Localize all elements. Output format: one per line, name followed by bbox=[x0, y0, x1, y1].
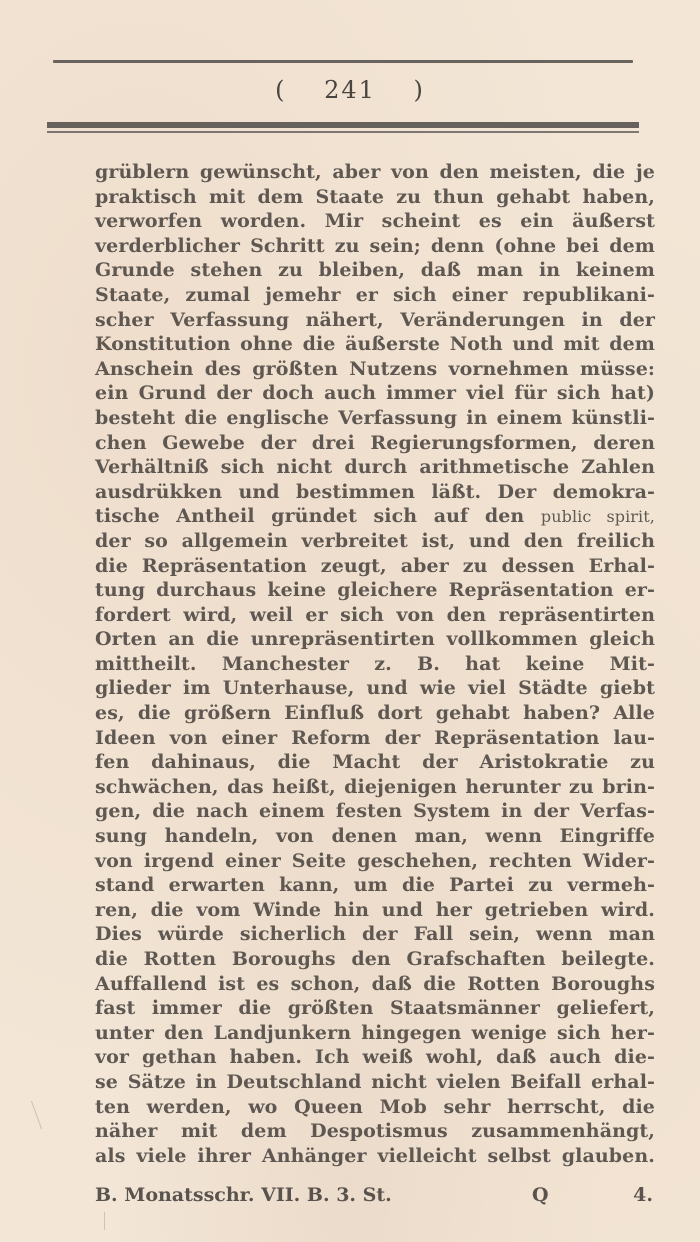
signature-mark: Q bbox=[532, 1184, 549, 1206]
text-line: stand erwarten kann, um die Partei zu ve… bbox=[95, 873, 655, 898]
text-line: tung durchaus keine gleichere Repräsenta… bbox=[95, 578, 655, 603]
text-line: besteht die englische Verfassung in eine… bbox=[95, 406, 655, 431]
text-line: es, die größern Einfluß dort gehabt habe… bbox=[95, 701, 655, 726]
text-line: vor gethan haben. Ich weiß wohl, daß auc… bbox=[95, 1045, 655, 1070]
page-footer: B. Monatsschr. VII. B. 3. St. Q 4. bbox=[95, 1184, 655, 1210]
text-line: tische Antheil gründet sich auf den publ… bbox=[95, 504, 655, 529]
page-number-open-paren: ( bbox=[275, 76, 286, 104]
text-line: ren, die vom Winde hin und her getrieben… bbox=[95, 898, 655, 923]
text-line: Orten an die unrepräsentirten vollkommen… bbox=[95, 627, 655, 652]
text-line: praktisch mit dem Staate zu thun gehabt … bbox=[95, 185, 655, 210]
margin-mark bbox=[31, 1101, 42, 1130]
text-segment: tische Antheil gründet sich auf den bbox=[95, 505, 541, 527]
text-line: Staate, zumal jemehr er sich einer repub… bbox=[95, 283, 655, 308]
text-line: Konstitution ohne die äußerste Noth und … bbox=[95, 332, 655, 357]
text-line: ausdrükken und bestimmen läßt. Der demok… bbox=[95, 480, 655, 505]
page-number: ( 241 ) bbox=[0, 76, 700, 104]
text-line: unter den Landjunkern hingegen wenige si… bbox=[95, 1021, 655, 1046]
text-line: näher mit dem Despotismus zusammenhängt, bbox=[95, 1119, 655, 1144]
text-line: als viele ihrer Anhänger vielleicht selb… bbox=[95, 1144, 655, 1169]
text-line: ein Grund der doch auch immer viel für s… bbox=[95, 381, 655, 406]
text-line: Auffallend ist es schon, daß die Rotten … bbox=[95, 972, 655, 997]
text-line: ten werden, wo Queen Mob sehr herrscht, … bbox=[95, 1095, 655, 1120]
text-line: der so allgemein verbreitet ist, und den… bbox=[95, 529, 655, 554]
text-line: fen dahinaus, die Macht der Aristokratie… bbox=[95, 750, 655, 775]
body-text: grüblern gewünscht, aber von den meisten… bbox=[95, 160, 655, 1168]
text-line: se Sätze in Deutschland nicht vielen Bei… bbox=[95, 1070, 655, 1095]
text-line: fast immer die größten Staatsmänner geli… bbox=[95, 996, 655, 1021]
signature-number: 4. bbox=[633, 1184, 653, 1206]
text-line: mittheilt. Manchester z. B. hat keine Mi… bbox=[95, 652, 655, 677]
text-line: sung handeln, von denen man, wenn Eingri… bbox=[95, 824, 655, 849]
text-line: Ideen von einer Reform der Repräsentatio… bbox=[95, 726, 655, 751]
text-line: die Repräsentation zeugt, aber zu dessen… bbox=[95, 554, 655, 579]
margin-mark bbox=[104, 1212, 105, 1230]
text-line: schwächen, das heißt, diejenigen herunte… bbox=[95, 775, 655, 800]
header-rule-thin bbox=[47, 131, 639, 133]
text-line: Grunde stehen zu bleiben, daß man in kei… bbox=[95, 258, 655, 283]
text-line: verderblicher Schritt zu sein; denn (ohn… bbox=[95, 234, 655, 259]
text-line: Dies würde sicherlich der Fall sein, wen… bbox=[95, 922, 655, 947]
text-line: glieder im Unterhause, und wie viel Städ… bbox=[95, 676, 655, 701]
text-line: scher Verfassung nähert, Veränderungen i… bbox=[95, 308, 655, 333]
top-rule bbox=[53, 60, 633, 63]
text-line: die Rotten Boroughs den Grafschaften bei… bbox=[95, 947, 655, 972]
text-line: verworfen worden. Mir scheint es ein äuß… bbox=[95, 209, 655, 234]
text-line: Verhältniß sich nicht durch arithmetisch… bbox=[95, 455, 655, 480]
text-line: fordert wird, weil er sich von den reprä… bbox=[95, 603, 655, 628]
text-line: von irgend einer Seite geschehen, rechte… bbox=[95, 849, 655, 874]
header-rule-thick bbox=[47, 122, 639, 128]
text-line: gen, die nach einem festen System in der… bbox=[95, 799, 655, 824]
signature-line: B. Monatsschr. VII. B. 3. St. bbox=[95, 1184, 392, 1206]
page-number-value: 241 bbox=[324, 76, 376, 104]
header-double-rule bbox=[47, 122, 639, 134]
antiqua-phrase: public spirit, bbox=[541, 507, 655, 526]
text-line: chen Gewebe der drei Regierungsformen, d… bbox=[95, 431, 655, 456]
text-line: grüblern gewünscht, aber von den meisten… bbox=[95, 160, 655, 185]
text-line: Anschein des größten Nutzens vornehmen m… bbox=[95, 357, 655, 382]
page-number-close-paren: ) bbox=[414, 76, 425, 104]
